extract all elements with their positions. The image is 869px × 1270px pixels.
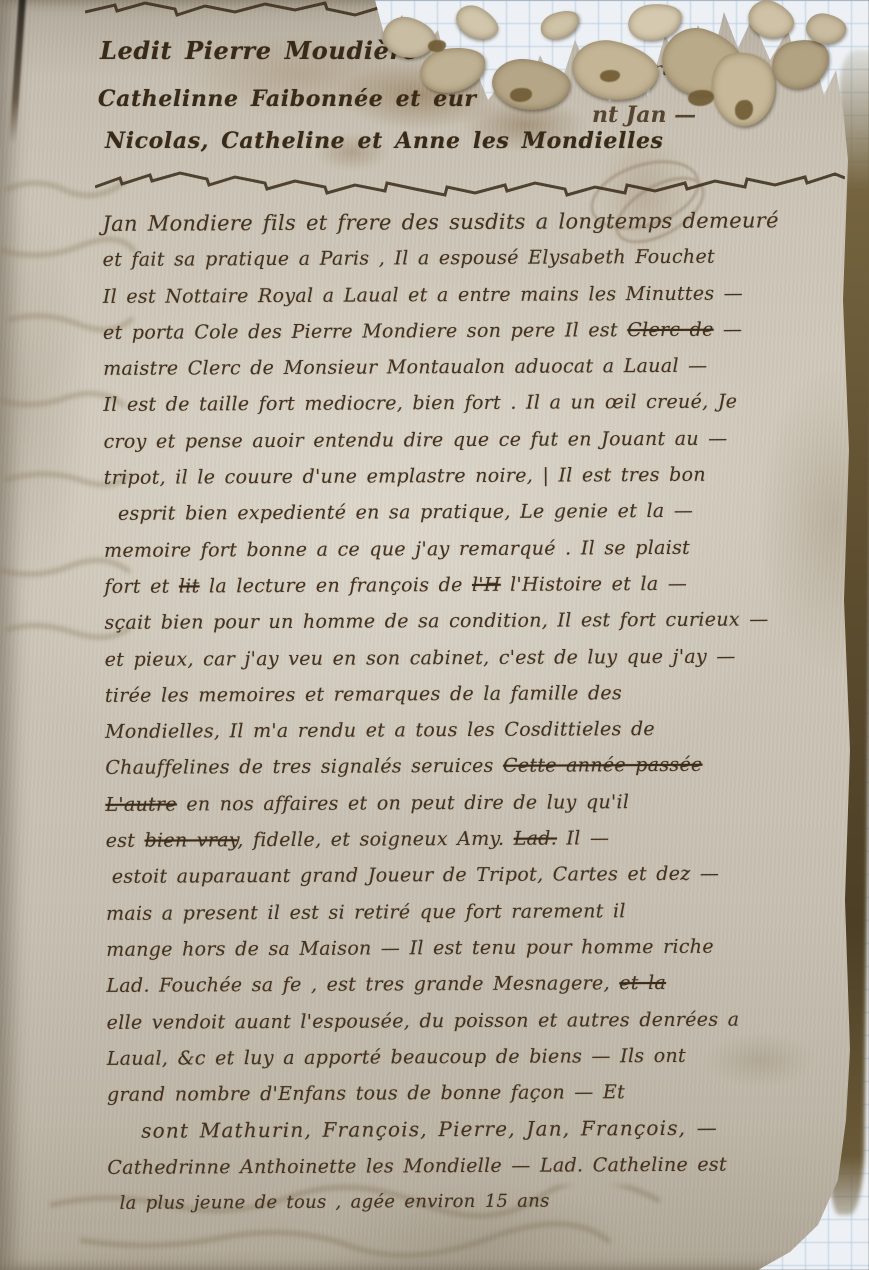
- text-segment: Cathedrinne Anthoinette les Mondielle — …: [107, 1153, 727, 1178]
- text-line: fort et lit la lecture en françois de l'…: [104, 565, 824, 605]
- text-line: et fait sa pratique a Paris , Il a espou…: [103, 238, 823, 278]
- text-line: maistre Clerc de Monsieur Montaualon adu…: [103, 347, 823, 387]
- body-text: Jan Mondiere fils et frere des susdits a…: [102, 202, 827, 1222]
- text-line: et porta Cole des Pierre Mondiere son pe…: [103, 311, 823, 351]
- text-segment: Il —: [557, 827, 609, 849]
- text-line: Lad. Fouchée sa fe , est tres grande Mes…: [106, 964, 826, 1004]
- text-line: elle vendoit auant l'espousée, du poisso…: [107, 1001, 827, 1041]
- text-segment: maistre Clerc de Monsieur Montaualon adu…: [103, 355, 707, 380]
- struck-text: l'H: [472, 574, 501, 596]
- text-segment: —: [714, 318, 743, 340]
- text-segment: Laual, &c et luy a apporté beaucoup de b…: [107, 1045, 686, 1070]
- text-line: mais a present il est si retiré que fort…: [106, 892, 826, 932]
- text-line: Mondielles, Il m'a rendu et a tous les C…: [105, 710, 825, 750]
- text-segment: Lad. Fouchée sa fe , est tres grande Mes…: [106, 972, 619, 997]
- text-segment: mange hors de sa Maison — Il est tenu po…: [106, 936, 714, 961]
- struck-text: Lad.: [514, 828, 557, 850]
- text-segment: tirée les memoires et remarques de la fa…: [105, 682, 622, 707]
- text-segment: la plus jeune de tous , agée environ 15 …: [120, 1191, 550, 1214]
- text-line: esprit bien expedienté en sa pratique, L…: [104, 492, 824, 532]
- text-line: estoit auparauant grand Joueur de Tripot…: [106, 855, 826, 895]
- struck-text: et la: [619, 972, 666, 994]
- text-segment: estoit auparauant grand Joueur de Tripot…: [112, 863, 719, 888]
- text-segment: mais a present il est si retiré que fort…: [106, 900, 626, 925]
- text-segment: en nos affaires et on peut dire de luy q…: [177, 791, 629, 815]
- text-line: et pieux, car j'ay veu en son cabinet, c…: [105, 638, 825, 678]
- text-segment: sont Mathurin, François, Pierre, Jan, Fr…: [141, 1116, 718, 1143]
- text-segment: Il est de taille fort mediocre, bien for…: [103, 391, 737, 416]
- text-line: est bien vray, fidelle, et soigneux Amy.…: [106, 819, 826, 859]
- text-segment: et pieux, car j'ay veu en son cabinet, c…: [105, 645, 736, 670]
- text-segment: grand nombre d'Enfans tous de bonne faço…: [107, 1081, 625, 1106]
- heading-fragment-2: nt Jan —: [592, 102, 696, 128]
- text-segment: esprit bien expedienté en sa pratique, L…: [118, 500, 693, 525]
- text-line: Jan Mondiere fils et frere des susdits a…: [102, 202, 822, 242]
- text-segment: memoire fort bonne a ce que j'ay remarqu…: [104, 536, 690, 561]
- text-line: Chauffelines de tres signalés seruices C…: [105, 747, 825, 787]
- struck-text: Cette année passée: [503, 754, 703, 777]
- text-line: Laual, &c et luy a apporté beaucoup de b…: [107, 1037, 827, 1077]
- text-line: tirée les memoires et remarques de la fa…: [105, 674, 825, 714]
- text-segment: Chauffelines de tres signalés seruices: [105, 755, 503, 779]
- text-line: grand nombre d'Enfans tous de bonne faço…: [107, 1073, 827, 1113]
- text-segment: l'Histoire et la —: [501, 573, 687, 596]
- text-line: Il est Nottaire Royal a Laual et a entre…: [103, 275, 823, 315]
- text-line: croy et pense auoir entendu dire que ce …: [103, 420, 823, 460]
- text-segment: et porta Cole des Pierre Mondiere son pe…: [103, 319, 627, 344]
- text-segment: croy et pense auoir entendu dire que ce …: [104, 427, 728, 452]
- text-line: tripot, il le couure d'une emplastre noi…: [104, 456, 824, 496]
- text-line: mange hors de sa Maison — Il est tenu po…: [106, 928, 826, 968]
- manuscript-photo: Ledit Pierre Moudière Moyertt — Cathelin…: [0, 0, 869, 1270]
- text-segment: et fait sa pratique a Paris , Il a espou…: [103, 246, 715, 271]
- struck-text: Clerc de: [627, 319, 714, 341]
- body-lines: Jan Mondiere fils et frere des susdits a…: [102, 202, 827, 1222]
- text-segment: Jan Mondiere fils et frere des susdits a…: [102, 208, 778, 236]
- text-segment: elle vendoit auant l'espousée, du poisso…: [107, 1008, 740, 1033]
- text-line: sont Mathurin, François, Pierre, Jan, Fr…: [107, 1110, 827, 1150]
- text-segment: la lecture en françois de: [200, 574, 473, 597]
- text-segment: Il est Nottaire Royal a Laual et a entre…: [103, 282, 743, 307]
- heading-line-2: Cathelinne Faibonnée et eur: [98, 86, 477, 112]
- text-segment: , fidelle, et soigneux Amy.: [237, 828, 513, 851]
- struck-text: L'autre: [105, 793, 177, 815]
- text-segment: fort et: [104, 575, 179, 597]
- heading-underline-flourish: [95, 165, 845, 199]
- text-line: Il est de taille fort mediocre, bien for…: [103, 384, 823, 424]
- text-segment: sçait bien pour un homme de sa condition…: [104, 609, 768, 634]
- struck-text: lit: [179, 575, 200, 597]
- text-line: L'autre en nos affaires et on peut dire …: [105, 783, 825, 823]
- struck-text: bien vray: [144, 829, 237, 851]
- text-segment: Mondielles, Il m'a rendu et a tous les C…: [105, 718, 655, 743]
- text-line: Cathedrinne Anthoinette les Mondielle — …: [107, 1146, 827, 1186]
- text-line: memoire fort bonne a ce que j'ay remarqu…: [104, 529, 824, 569]
- heading-line-3: Nicolas, Catheline et Anne les Mondielle…: [105, 128, 664, 154]
- heading-line-1: Ledit Pierre Moudière: [100, 36, 419, 65]
- paper-crease: [9, 0, 26, 144]
- text-segment: tripot, il le couure d'une emplastre noi…: [104, 464, 706, 489]
- text-line: sçait bien pour un homme de sa condition…: [104, 601, 824, 641]
- text-segment: est: [106, 830, 145, 852]
- text-line: la plus jeune de tous , agée environ 15 …: [107, 1182, 827, 1222]
- manuscript-sheet: Ledit Pierre Moudière Moyertt — Cathelin…: [0, 0, 869, 1270]
